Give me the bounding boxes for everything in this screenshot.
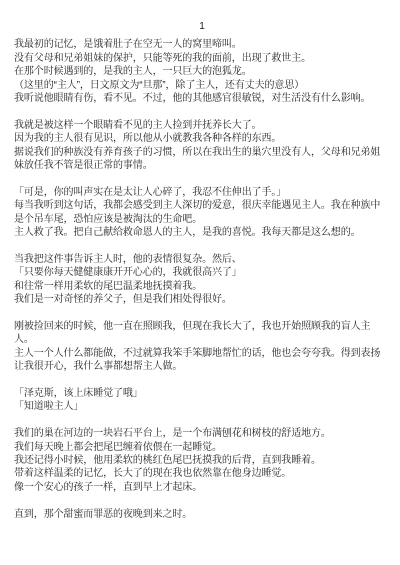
text-line: 我们每天晚上都会把尾巴缠着依偎在一起睡觉。 xyxy=(14,441,390,454)
text-line: 妹放任我不管是很正常的事情。 xyxy=(14,159,390,172)
text-line: 「只要你每天健健康康开开心心的，我就很高兴了」 xyxy=(14,266,390,279)
paragraph: 「泽克斯，该上床睡觉了哦」「知道啦主人」 xyxy=(14,387,390,414)
paragraph: 「可是，你的叫声实在是太让人心碎了，我忍不住伸出了手。」每当我听到这句话，我都会… xyxy=(14,186,390,240)
paragraph: 直到，那个甜蜜而罪恶的夜晚到来之时。 xyxy=(14,508,390,521)
text-line: 主人救了我。把自己献给救命恩人的主人，是我的喜悦。我每天都是这么想的。 xyxy=(14,226,390,239)
text-line: 是个吊车尾，恐怕应该是被淘汰的生命吧。 xyxy=(14,213,390,226)
text-line: 让我很开心，我什么事都想帮主人做。 xyxy=(14,360,390,373)
paragraph: 我最初的记忆，是饿着肚子在空无一人的窝里啼叫。没有父母和兄弟姐妹的保护，只能等死… xyxy=(14,38,390,105)
text-line: 刚被捡回来的时候，他一直在照顾我，但现在我长大了，我也开始照顾我的盲人主 xyxy=(14,320,390,333)
text-line: 人。 xyxy=(14,333,390,346)
paragraph: 我就是被这样一个眼睛看不见的主人捡到并抚养长大了。因为我的主人很有见识，所以他从… xyxy=(14,119,390,173)
text-line: 我就是被这样一个眼睛看不见的主人捡到并抚养长大了。 xyxy=(14,119,390,132)
text-line: 当我把这件事告诉主人时，他的表情很复杂。然后、 xyxy=(14,253,390,266)
text-line: 我们是一对奇怪的养父子，但是我们相处得很好。 xyxy=(14,293,390,306)
paragraph: 当我把这件事告诉主人时，他的表情很复杂。然后、「只要你每天健健康康开开心心的，我… xyxy=(14,253,390,307)
text-line: 像一个安心的孩子一样，直到早上才起床。 xyxy=(14,481,390,494)
page-number: 1 xyxy=(14,20,390,33)
text-line: 据说我们的种族没有养育孩子的习惯，所以在我出生的巢穴里没有人，父母和兄弟姐 xyxy=(14,146,390,159)
text-line: 我听说他眼睛有伤，看不见。不过，他的其他感官很敏锐，对生活没有什么影响。 xyxy=(14,92,390,105)
text-line: 「泽克斯，该上床睡觉了哦」 xyxy=(14,387,390,400)
text-line: 我还记得小时候，他用柔软的桃红色尾巴抚摸我的后背，直到我睡着。 xyxy=(14,454,390,467)
text-line: 每当我听到这句话，我都会感受到主人深切的爱意，很庆幸能遇见主人。我在种族中 xyxy=(14,199,390,212)
text-line: 「可是，你的叫声实在是太让人心碎了，我忍不住伸出了手。」 xyxy=(14,186,390,199)
text-line: 因为我的主人很有见识，所以他从小就教我各种各样的东西。 xyxy=(14,132,390,145)
text-line: 和往常一样用柔软的尾巴温柔地抚摸着我。 xyxy=(14,280,390,293)
text-line: 没有父母和兄弟姐妹的保护，只能等死的我的面前，出现了救世主。 xyxy=(14,52,390,65)
document-page: 1 我最初的记忆，是饿着肚子在空无一人的窝里啼叫。没有父母和兄弟姐妹的保护，只能… xyxy=(0,0,400,565)
text-line: 我最初的记忆，是饿着肚子在空无一人的窝里啼叫。 xyxy=(14,38,390,51)
text-line: 直到，那个甜蜜而罪恶的夜晚到来之时。 xyxy=(14,508,390,521)
text-line: （这里的“主人”，日文原文为“旦那”，除了主人，还有丈夫的意思） xyxy=(14,79,390,92)
text-line: 「知道啦主人」 xyxy=(14,400,390,413)
text-line: 主人一个人什么都能做，不过就算我笨手笨脚地帮忙的话，他也会夸夸我。得到表扬 xyxy=(14,347,390,360)
paragraph: 我们的巢在河边的一块岩石平台上，是一个布满刨花和树枝的舒适地方。我们每天晚上都会… xyxy=(14,427,390,494)
text-line: 我们的巢在河边的一块岩石平台上，是一个布满刨花和树枝的舒适地方。 xyxy=(14,427,390,440)
paragraph: 刚被捡回来的时候，他一直在照顾我，但现在我长大了，我也开始照顾我的盲人主人。主人… xyxy=(14,320,390,374)
text-line: 在那个时候遇到的，是我的主人，一只巨大的泡狐龙。 xyxy=(14,65,390,78)
page-body: 我最初的记忆，是饿着肚子在空无一人的窝里啼叫。没有父母和兄弟姐妹的保护，只能等死… xyxy=(14,38,390,521)
text-line: 带着这样温柔的记忆，长大了的现在我也依然靠在他身边睡觉。 xyxy=(14,467,390,480)
